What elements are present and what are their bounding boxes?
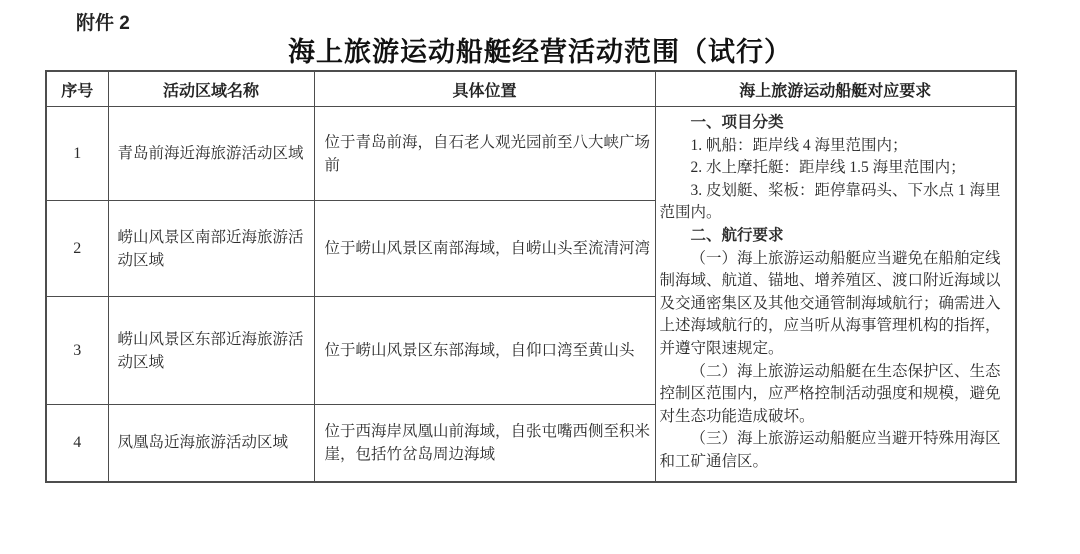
- header-area-name: 活动区域名称: [108, 71, 314, 107]
- requirements-item-sailboat: 1. 帆船：距岸线 4 海里范围内；: [660, 135, 1012, 158]
- row-4-location: 位于西海岸凤凰山前海域，自张屯嘴西侧至积米崖，包括竹岔岛周边海域: [314, 405, 655, 482]
- activity-scope-table: 序号 活动区域名称 具体位置 海上旅游运动船艇对应要求 1 青岛前海近海旅游活动…: [45, 70, 1017, 483]
- requirements-paragraph-2: （二）海上旅游运动船艇在生态保护区、生态控制区范围内，应严格控制活动强度和规模，…: [660, 361, 1012, 429]
- requirements-section1-title: 一、项目分类: [660, 112, 1012, 135]
- requirements-paragraph-1: （一）海上旅游运动船艇应当避免在船舶定线制海域、航道、锚地、增养殖区、渡口附近海…: [660, 248, 1012, 361]
- row-1-no: 1: [46, 107, 108, 201]
- row-3-no: 3: [46, 297, 108, 405]
- table-row: 1 青岛前海近海旅游活动区域 位于青岛前海，自石老人观光园前至八大峡广场前 一、…: [46, 107, 1016, 201]
- row-3-area: 崂山风景区东部近海旅游活动区域: [108, 297, 314, 405]
- header-no: 序号: [46, 71, 108, 107]
- requirements-item-kayak: 3. 皮划艇、桨板：距停靠码头、下水点 1 海里范围内。: [660, 180, 1012, 225]
- row-4-area: 凤凰岛近海旅游活动区域: [108, 405, 314, 482]
- row-4-no: 4: [46, 405, 108, 482]
- header-row: 序号 活动区域名称 具体位置 海上旅游运动船艇对应要求: [46, 71, 1016, 107]
- table-body: 1 青岛前海近海旅游活动区域 位于青岛前海，自石老人观光园前至八大峡广场前 一、…: [46, 107, 1016, 482]
- requirements-item-jetski: 2. 水上摩托艇：距岸线 1.5 海里范围内；: [660, 157, 1012, 180]
- row-2-no: 2: [46, 201, 108, 297]
- header-requirements: 海上旅游运动船艇对应要求: [655, 71, 1016, 107]
- requirements-cell: 一、项目分类 1. 帆船：距岸线 4 海里范围内； 2. 水上摩托艇：距岸线 1…: [655, 107, 1016, 482]
- page-title: 海上旅游运动船艇经营活动范围（试行）: [0, 30, 1080, 69]
- requirements-section2-title: 二、航行要求: [660, 225, 1012, 248]
- header-location: 具体位置: [314, 71, 655, 107]
- row-3-location: 位于崂山风景区东部海域，自仰口湾至黄山头: [314, 297, 655, 405]
- document-page: 附件 2 海上旅游运动船艇经营活动范围（试行） 序号 活动区域名称 具体位置 海…: [0, 0, 1080, 554]
- row-2-location: 位于崂山风景区南部海域，自崂山头至流清河湾: [314, 201, 655, 297]
- requirements-paragraph-3: （三）海上旅游运动船艇应当避开特殊用海区和工矿通信区。: [660, 428, 1012, 473]
- row-1-location: 位于青岛前海，自石老人观光园前至八大峡广场前: [314, 107, 655, 201]
- table-header: 序号 活动区域名称 具体位置 海上旅游运动船艇对应要求: [46, 71, 1016, 107]
- row-2-area: 崂山风景区南部近海旅游活动区域: [108, 201, 314, 297]
- row-1-area: 青岛前海近海旅游活动区域: [108, 107, 314, 201]
